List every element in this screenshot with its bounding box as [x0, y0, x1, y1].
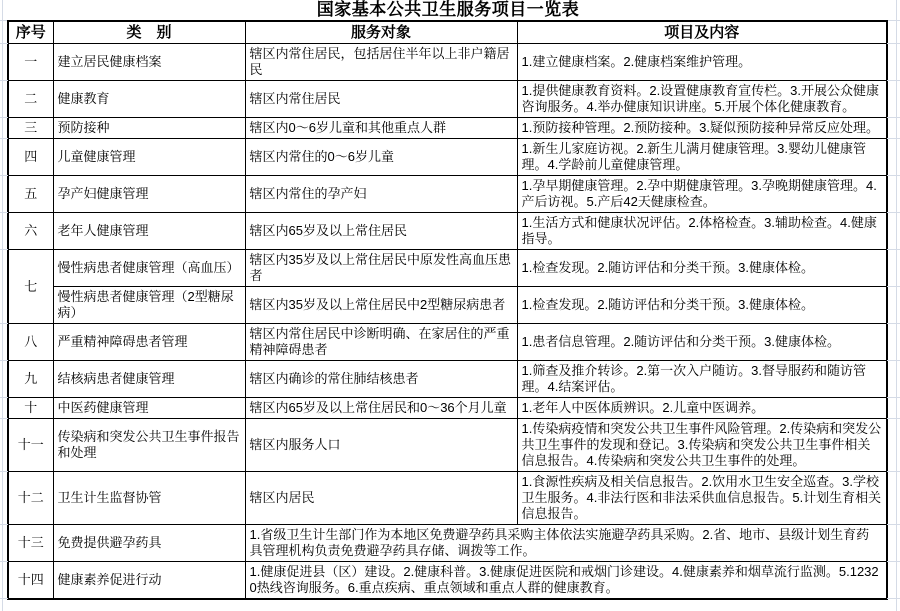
row-number-cell: 二: [8, 81, 53, 118]
table-row: 十二卫生计生监督协管辖区内居民1.食源性疾病及相关信息报告。2.饮用水卫生安全巡…: [8, 472, 887, 525]
category-cell: 卫生计生监督协管: [53, 472, 245, 525]
category-cell: 健康教育: [53, 81, 245, 118]
header-row: 序号 类 别 服务对象 项目及内容: [8, 21, 887, 44]
row-number-cell: 十四: [8, 562, 53, 600]
target-cell: 辖区内65岁及以上常住居民和0～36个月儿童: [245, 398, 517, 419]
content-cell: 1.食源性疾病及相关信息报告。2.饮用水卫生安全巡查。3.学校卫生服务。4.非法…: [517, 472, 887, 525]
row-number-cell: 十三: [8, 525, 53, 562]
row-number-cell: 一: [8, 44, 53, 81]
target-cell: 辖区内常住居民: [245, 81, 517, 118]
target-cell: 辖区内常住居民中诊断明确、在家居住的严重精神障碍患者: [245, 324, 517, 361]
table-row: 六老年人健康管理辖区内65岁及以上常住居民1.生活方式和健康状况评估。2.体格检…: [8, 213, 887, 250]
content-cell: 1.健康促进县（区）建设。2.健康科普。3.健康促进医院和戒烟门诊建设。4.健康…: [245, 562, 887, 600]
content-cell: 1.孕早期健康管理。2.孕中期健康管理。3.孕晚期健康管理。4.产后访视。5.产…: [517, 176, 887, 213]
table-row: 十一传染病和突发公共卫生事件报告和处理辖区内服务人口1.传染病疫情和突发公共卫生…: [8, 419, 887, 472]
target-cell: 辖区内常住的孕产妇: [245, 176, 517, 213]
category-cell: 老年人健康管理: [53, 213, 245, 250]
content-cell: 1.患者信息管理。2.随访评估和分类干预。3.健康体检。: [517, 324, 887, 361]
content-cell: 1.新生儿家庭访视。2.新生儿满月健康管理。3.婴幼儿健康管理。4.学龄前儿童健…: [517, 139, 887, 176]
row-number-cell: 四: [8, 139, 53, 176]
row-number-cell: 十二: [8, 472, 53, 525]
table-row: 十中医药健康管理辖区内65岁及以上常住居民和0～36个月儿童1.老年人中医体质辨…: [8, 398, 887, 419]
target-cell: 辖区内常住的0～6岁儿童: [245, 139, 517, 176]
target-cell: 辖区内常住居民，包括居住半年以上非户籍居民: [245, 44, 517, 81]
content-cell: 1.生活方式和健康状况评估。2.体格检查。3.辅助检查。4.健康指导。: [517, 213, 887, 250]
category-cell: 预防接种: [53, 118, 245, 139]
target-cell: 辖区内65岁及以上常住居民: [245, 213, 517, 250]
table-row: 一建立居民健康档案辖区内常住居民，包括居住半年以上非户籍居民1.建立健康档案。2…: [8, 44, 887, 81]
target-cell: 辖区内确诊的常住肺结核患者: [245, 361, 517, 398]
document-page: 国家基本公共卫生服务项目一览表 序号 类 别 服务对象 项目及内容 一建立居民健…: [7, 0, 889, 600]
content-cell: 1.传染病疫情和突发公共卫生事件风险管理。2.传染病和突发公共卫生事件的发现和登…: [517, 419, 887, 472]
category-cell: 结核病患者健康管理: [53, 361, 245, 398]
category-cell: 严重精神障碍患者管理: [53, 324, 245, 361]
sheet-gridline-right: [896, 0, 897, 611]
table-row: 二健康教育辖区内常住居民1.提供健康教育资料。2.设置健康教育宣传栏。3.开展公…: [8, 81, 887, 118]
row-number-cell: 三: [8, 118, 53, 139]
content-cell: 1.筛查及推介转诊。2.第一次入户随访。3.督导服药和随访管理。4.结案评估。: [517, 361, 887, 398]
row-number-cell: 七: [8, 250, 53, 324]
category-cell: 儿童健康管理: [53, 139, 245, 176]
header-cell-no: 序号: [8, 21, 53, 44]
table-row: 五孕产妇健康管理辖区内常住的孕产妇1.孕早期健康管理。2.孕中期健康管理。3.孕…: [8, 176, 887, 213]
target-cell: 辖区内35岁及以上常住居民中2型糖尿病患者: [245, 287, 517, 324]
table-row: 七慢性病患者健康管理（高血压）辖区内35岁及以上常住居民中原发性高血压患者1.检…: [8, 250, 887, 287]
category-cell: 孕产妇健康管理: [53, 176, 245, 213]
category-cell: 中医药健康管理: [53, 398, 245, 419]
table-row: 八严重精神障碍患者管理辖区内常住居民中诊断明确、在家居住的严重精神障碍患者1.患…: [8, 324, 887, 361]
health-services-table: 序号 类 别 服务对象 项目及内容 一建立居民健康档案辖区内常住居民，包括居住半…: [7, 20, 888, 600]
row-number-cell: 十一: [8, 419, 53, 472]
table-row: 十四健康素养促进行动1.健康促进县（区）建设。2.健康科普。3.健康促进医院和戒…: [8, 562, 887, 600]
table-row: 慢性病患者健康管理（2型糖尿病）辖区内35岁及以上常住居民中2型糖尿病患者1.检…: [8, 287, 887, 324]
table-row: 十三免费提供避孕药具1.省级卫生计生部门作为本地区免费避孕药具采购主体依法实施避…: [8, 525, 887, 562]
target-cell: 辖区内35岁及以上常住居民中原发性高血压患者: [245, 250, 517, 287]
table-body: 一建立居民健康档案辖区内常住居民，包括居住半年以上非户籍居民1.建立健康档案。2…: [8, 44, 887, 600]
page-title: 国家基本公共卫生服务项目一览表: [7, 0, 889, 20]
content-cell: 1.提供健康教育资料。2.设置健康教育宣传栏。3.开展公众健康咨询服务。4.举办…: [517, 81, 887, 118]
content-cell: 1.省级卫生计生部门作为本地区免费避孕药具采购主体依法实施避孕药具采购。2.省、…: [245, 525, 887, 562]
sheet-gridline-left: [2, 0, 3, 611]
content-cell: 1.建立健康档案。2.健康档案维护管理。: [517, 44, 887, 81]
table-row: 四儿童健康管理辖区内常住的0～6岁儿童1.新生儿家庭访视。2.新生儿满月健康管理…: [8, 139, 887, 176]
target-cell: 辖区内居民: [245, 472, 517, 525]
header-cell-target: 服务对象: [245, 21, 517, 44]
content-cell: 1.老年人中医体质辨识。2.儿童中医调养。: [517, 398, 887, 419]
row-number-cell: 九: [8, 361, 53, 398]
target-cell: 辖区内服务人口: [245, 419, 517, 472]
table-row: 三预防接种辖区内0～6岁儿童和其他重点人群1.预防接种管理。2.预防接种。3.疑…: [8, 118, 887, 139]
header-cell-category: 类 别: [53, 21, 245, 44]
row-number-cell: 八: [8, 324, 53, 361]
category-cell: 免费提供避孕药具: [53, 525, 245, 562]
category-cell: 慢性病患者健康管理（高血压）: [53, 250, 245, 287]
content-cell: 1.检查发现。2.随访评估和分类干预。3.健康体检。: [517, 287, 887, 324]
target-cell: 辖区内0～6岁儿童和其他重点人群: [245, 118, 517, 139]
row-number-cell: 六: [8, 213, 53, 250]
category-cell: 传染病和突发公共卫生事件报告和处理: [53, 419, 245, 472]
table-row: 九结核病患者健康管理辖区内确诊的常住肺结核患者1.筛查及推介转诊。2.第一次入户…: [8, 361, 887, 398]
content-cell: 1.检查发现。2.随访评估和分类干预。3.健康体检。: [517, 250, 887, 287]
category-cell: 建立居民健康档案: [53, 44, 245, 81]
row-number-cell: 十: [8, 398, 53, 419]
content-cell: 1.预防接种管理。2.预防接种。3.疑似预防接种异常反应处理。: [517, 118, 887, 139]
row-number-cell: 五: [8, 176, 53, 213]
category-cell: 健康素养促进行动: [53, 562, 245, 600]
header-cell-content: 项目及内容: [517, 21, 887, 44]
category-cell: 慢性病患者健康管理（2型糖尿病）: [53, 287, 245, 324]
